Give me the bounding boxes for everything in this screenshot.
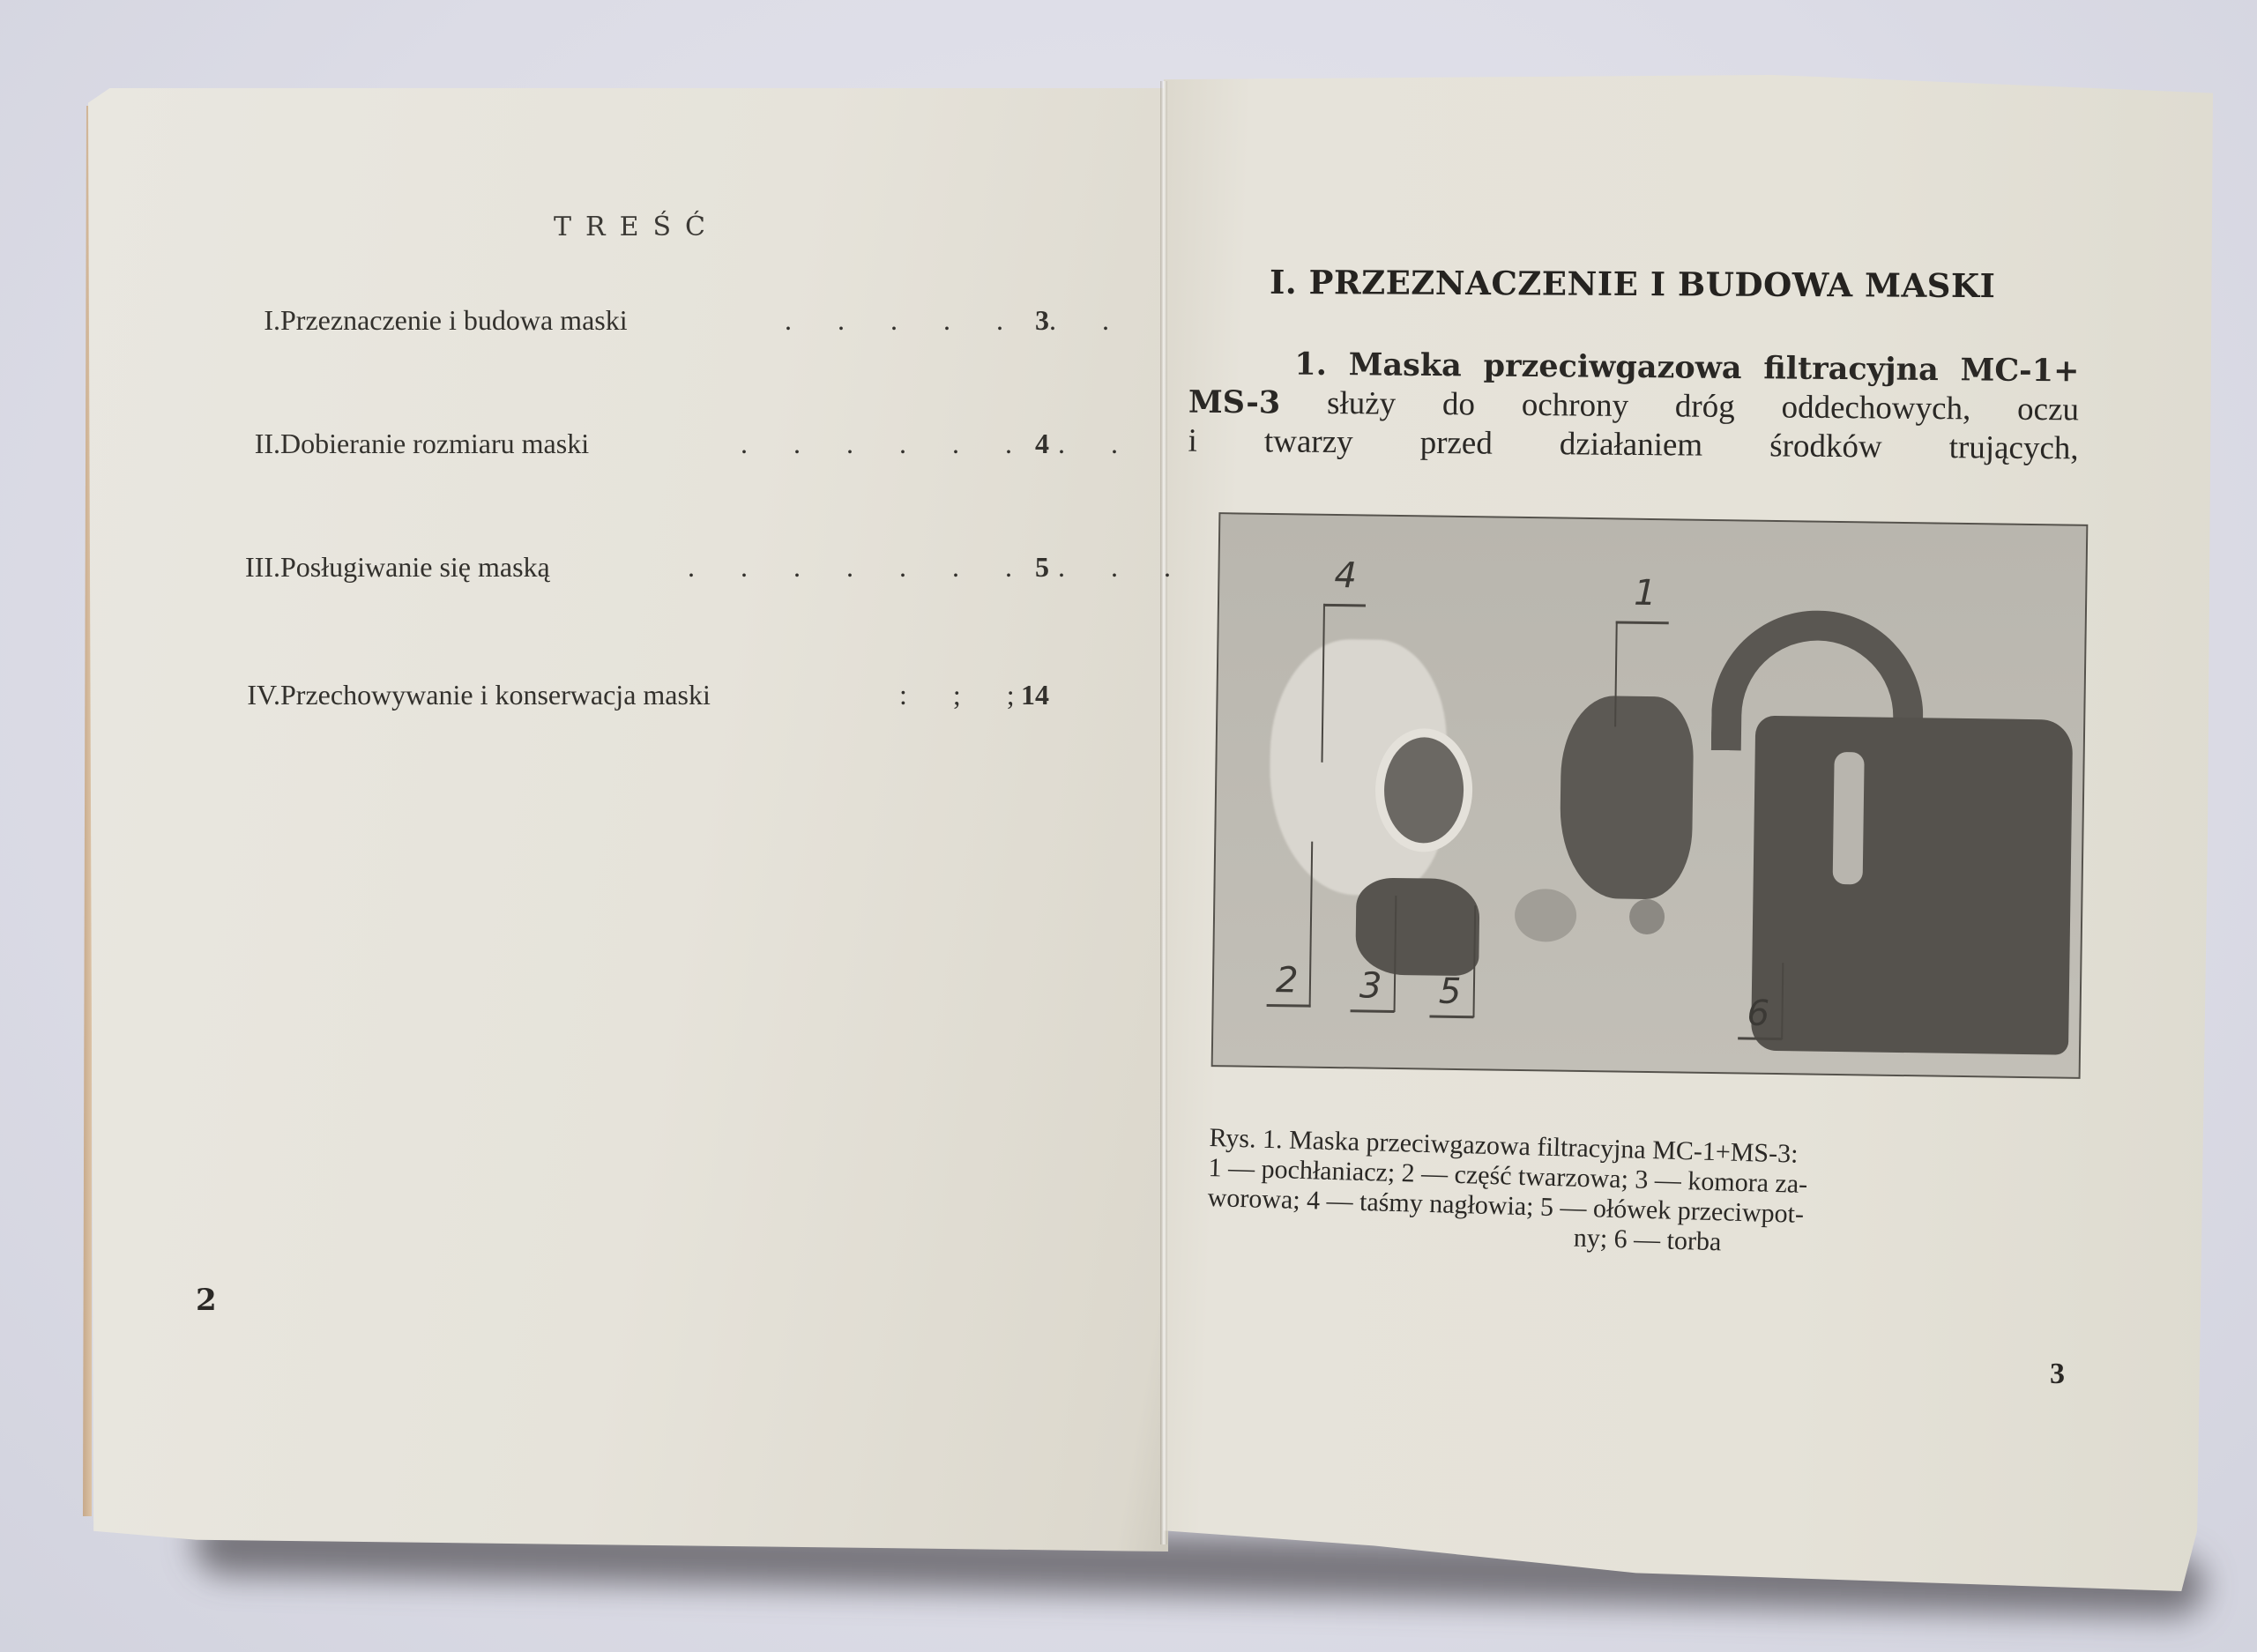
eyepiece-illustration <box>1374 728 1473 853</box>
figure-label: 2 <box>1276 960 1299 1001</box>
figure-label: 6 <box>1747 993 1769 1034</box>
toc-entry[interactable]: II. Dobieranie rozmiaru maski . . . . . … <box>203 428 1049 489</box>
leader-line <box>1267 1004 1311 1008</box>
body-paragraph: 1. Maska przeciwgazowa filtracyjna MC-1+… <box>1188 345 2079 469</box>
toc-entry-label: Posługiwanie się maską <box>280 551 550 584</box>
toc-entry[interactable]: III. Posługiwanie się maską . . . . . . … <box>203 551 1049 613</box>
leader-line <box>1738 1037 1782 1040</box>
page-number-left: 2 <box>196 1283 217 1318</box>
page-number-right: 3 <box>2050 1358 2065 1391</box>
toc-title: TREŚĆ <box>554 212 719 242</box>
toc-entry-page: 4 <box>1035 428 1049 460</box>
carry-bag-illustration <box>1751 716 2073 1055</box>
leader-line <box>1351 1009 1395 1013</box>
bag-clasp-illustration <box>1833 752 1865 884</box>
figure-caption: Rys. 1. Maska przeciwgazowa filtracyjna … <box>1206 1123 2090 1268</box>
table-of-contents: I. Przeznaczenie i budowa maski . . . . … <box>203 304 1049 551</box>
toc-entry-number: IV. <box>247 679 280 711</box>
figure-label: 1 <box>1634 573 1657 614</box>
anti-fog-pencil-illustration <box>1629 899 1665 935</box>
chapter-title: I. PRZEZNACZENIE I BUDOWA MASKI <box>1270 263 1996 305</box>
toc-entry[interactable]: IV. Przechowywanie i konserwacja maski :… <box>203 679 1049 740</box>
toc-entry-number: I. <box>264 304 280 337</box>
toc-entry-page: 14 <box>1021 679 1049 711</box>
gas-mask-figure: 4 1 2 3 5 6 <box>1211 512 2089 1079</box>
toc-entry-page: 3 <box>1035 304 1049 337</box>
toc-entry-number: III. <box>245 551 280 584</box>
book-gutter <box>1160 81 1167 1544</box>
toc-entry-label: Przeznaczenie i budowa maski <box>280 304 628 337</box>
leader-line <box>1323 604 1366 607</box>
toc-leader-dots: . . . . . . . <box>785 304 1128 337</box>
figure-label: 4 <box>1334 555 1357 596</box>
toc-entry-label: Dobieranie rozmiaru maski <box>280 428 589 460</box>
toc-leader-dots: . . . . . . . . . . <box>688 551 1190 584</box>
leader-line <box>1429 1016 1473 1019</box>
filter-canister-illustration <box>1559 696 1694 900</box>
toc-entry-label: Przechowywanie i konserwacja maski <box>280 679 711 711</box>
toc-entry-page: 5 <box>1035 551 1049 584</box>
anti-fog-disc-illustration <box>1515 889 1577 942</box>
toc-entry[interactable]: I. Przeznaczenie i budowa maski . . . . … <box>203 304 1049 366</box>
valve-chamber-illustration <box>1355 877 1480 976</box>
figure-label: 3 <box>1359 965 1382 1006</box>
figure-label: 5 <box>1439 971 1462 1012</box>
toc-leader-dots: : ; ; <box>899 679 1034 711</box>
toc-entry-number: II. <box>255 428 280 460</box>
paragraph-line-3: i twarzy przed działaniem środków trując… <box>1188 422 2078 469</box>
toc-leader-dots: . . . . . . . . <box>741 428 1137 460</box>
leader-line <box>1616 621 1669 624</box>
